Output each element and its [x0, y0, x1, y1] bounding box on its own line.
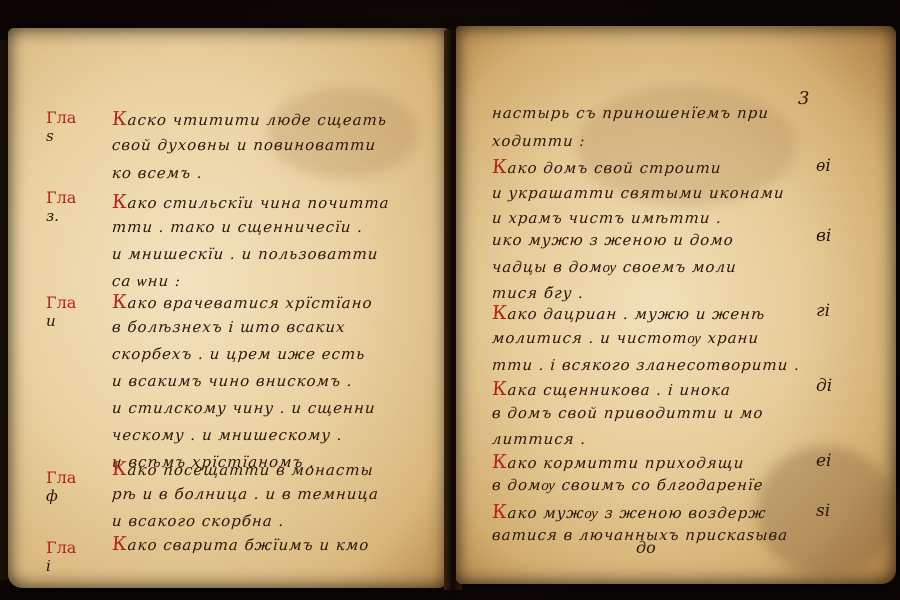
margin-number: ѳі	[816, 156, 831, 176]
margin-number: гі	[816, 301, 830, 321]
manuscript-line: Како врачеватися хрїстїано	[111, 291, 373, 313]
margin-note: Глаи	[46, 293, 76, 330]
line-text: ако врачеватися хрїстїано	[127, 294, 373, 312]
manuscript-line: настырь съ приношенїемъ при	[491, 104, 769, 122]
margin-label: Гла	[46, 468, 76, 487]
manuscript-line: и украшатти святыми иконами	[491, 184, 785, 202]
rubric-initial: К	[491, 378, 508, 400]
manuscript-line: Како стильскїи чина почитта	[111, 191, 390, 213]
left-page: ГлаѕГлаз.ГлаиГлафГлаі Каско чтитити люде…	[8, 28, 448, 588]
margin-number: і	[46, 557, 51, 575]
rubric-initial: К	[111, 533, 128, 555]
margin-label: Гла	[46, 293, 76, 312]
line-text: настырь съ приношенїемъ при	[491, 104, 769, 122]
margin-number: з.	[46, 207, 59, 225]
manuscript-line: Како сварита бжїимъ и кмо	[111, 533, 370, 555]
margin-label: Гла	[46, 538, 76, 557]
rubric-initial: К	[111, 108, 128, 130]
margin-number: ві	[816, 226, 831, 246]
margin-number: еі	[816, 451, 832, 471]
manuscript-line: ватися в лючанныхъ прискаѕыва	[491, 526, 788, 544]
manuscript-line: тти . і всякого зланесотворити .	[491, 356, 800, 374]
line-text: ако кормитти приходящи	[507, 454, 745, 472]
manuscript-line: ческому . и мнишескому .	[111, 426, 343, 444]
line-text: в домѹ своимъ со блгодаренїе	[491, 476, 764, 494]
line-text: ако стильскїи чина почитта	[127, 194, 390, 212]
manuscript-line: Како кормитти приходящи	[491, 451, 745, 473]
margin-number: и	[46, 312, 56, 330]
margin-number: ді	[816, 376, 832, 396]
manuscript-line: в домѹ своимъ со блгодаренїе	[491, 476, 764, 495]
rubric-initial: К	[111, 458, 128, 480]
manuscript-line: са ѡни :	[111, 272, 181, 291]
line-text: и мнишескїи . и пользоватти	[111, 245, 379, 263]
margin-note: Глаз.	[46, 188, 76, 225]
manuscript-line: Како дацриан . мужю и женѣ	[491, 302, 766, 324]
manuscript-line: ко всемъ .	[111, 164, 203, 182]
line-text: ако домъ свой строити	[507, 159, 722, 177]
manuscript-line: и всакого скорбна .	[111, 512, 285, 530]
line-text: ака сщенникова . і инока	[507, 381, 732, 399]
line-text: рѣ и в болница . и в темница	[111, 485, 379, 503]
line-text: са ѡни :	[111, 272, 181, 290]
margin-label: Гла	[46, 188, 76, 207]
right-page: 3 до ѳівігідіеіѕі настырь съ приношенїем…	[456, 26, 896, 584]
margin-number: ѕ	[46, 127, 54, 145]
manuscript-line: свой духовны и повиноватти	[111, 136, 376, 154]
manuscript-line: и храмъ чистъ имѣтти .	[491, 209, 722, 227]
manuscript-line: в домъ свой приводитти и мо	[491, 404, 764, 422]
line-text: скорбехъ . и црем иже есть	[111, 345, 366, 363]
manuscript-line: Кака сщенникова . і инока	[491, 378, 732, 400]
stain	[268, 88, 418, 178]
rubric-initial: К	[491, 302, 508, 324]
line-text: чадцы в домѹ своемъ моли	[491, 258, 737, 276]
line-text: ако дацриан . мужю и женѣ	[507, 305, 766, 323]
manuscript-line: Како домъ свой строити	[491, 156, 722, 178]
line-text: ако сварита бжїимъ и кмо	[127, 536, 370, 554]
manuscript-line: ходитти :	[491, 132, 586, 150]
manuscript-line: Како посещатти в монасты	[111, 458, 374, 480]
line-text: и стилскому чину . и сщенни	[111, 399, 376, 417]
manuscript-line: скорбехъ . и црем иже есть	[111, 345, 366, 363]
manuscript-line: и мнишескїи . и пользоватти	[111, 245, 379, 263]
rubric-initial: К	[491, 501, 508, 523]
folio-number: 3	[798, 88, 809, 109]
line-text: литтися .	[491, 430, 586, 448]
manuscript-line: в болѣзнехъ і што всаких	[111, 318, 346, 336]
margin-note: Глаф	[46, 468, 76, 505]
manuscript-line: ико мужю з женою и домо	[491, 231, 734, 249]
line-text: ако посещатти в монасты	[127, 461, 374, 479]
manuscript-line: и стилскому чину . и сщенни	[111, 399, 376, 417]
rubric-initial: К	[491, 451, 508, 473]
manuscript-line: чадцы в домѹ своемъ моли	[491, 258, 737, 277]
line-text: в болѣзнехъ і што всаких	[111, 318, 346, 336]
line-text: ходитти :	[491, 132, 586, 150]
line-text: в домъ свой приводитти и мо	[491, 404, 764, 422]
manuscript-line: тти . тако и сщенничесїи .	[111, 218, 363, 236]
line-text: и всакого скорбна .	[111, 512, 285, 530]
line-text: тти . тако и сщенничесїи .	[111, 218, 363, 236]
line-text: и украшатти святыми иконами	[491, 184, 785, 202]
line-text: и всакимъ чино внискомъ .	[111, 372, 353, 390]
line-text: ватися в лючанныхъ прискаѕыва	[491, 526, 788, 544]
margin-note: Глаі	[46, 538, 76, 575]
manuscript-line: и всакимъ чино внискомъ .	[111, 372, 353, 390]
manuscript-line: тися б̃гу .	[491, 284, 584, 302]
rubric-initial: К	[111, 191, 128, 213]
line-text: тися б̃гу .	[491, 284, 584, 302]
margin-number: ѕі	[816, 501, 830, 521]
line-text: и храмъ чистъ имѣтти .	[491, 209, 722, 227]
manuscript-line: литтися .	[491, 430, 586, 448]
line-text: ческому . и мнишескому .	[111, 426, 343, 444]
manuscript-line: молитися . и чистотѹ храни	[491, 329, 759, 348]
line-text: ако мужѹ з женою воздерж	[507, 504, 767, 522]
manuscript-line: Како мужѹ з женою воздерж	[491, 501, 767, 523]
line-text: тти . і всякого зланесотворити .	[491, 356, 800, 374]
rubric-initial: К	[491, 156, 508, 178]
line-text: ко всемъ .	[111, 164, 203, 182]
line-text: молитися . и чистотѹ храни	[491, 329, 759, 347]
manuscript-line: рѣ и в болница . и в темница	[111, 485, 379, 503]
line-text: свой духовны и повиноватти	[111, 136, 376, 154]
margin-note: Глаѕ	[46, 108, 76, 145]
rubric-initial: К	[111, 291, 128, 313]
manuscript-line: Каско чтитити люде сщеать	[111, 108, 388, 130]
line-text: ико мужю з женою и домо	[491, 231, 734, 249]
margin-label: Гла	[46, 108, 76, 127]
margin-number: ф	[46, 487, 58, 505]
line-text: аско чтитити люде сщеать	[127, 111, 388, 129]
